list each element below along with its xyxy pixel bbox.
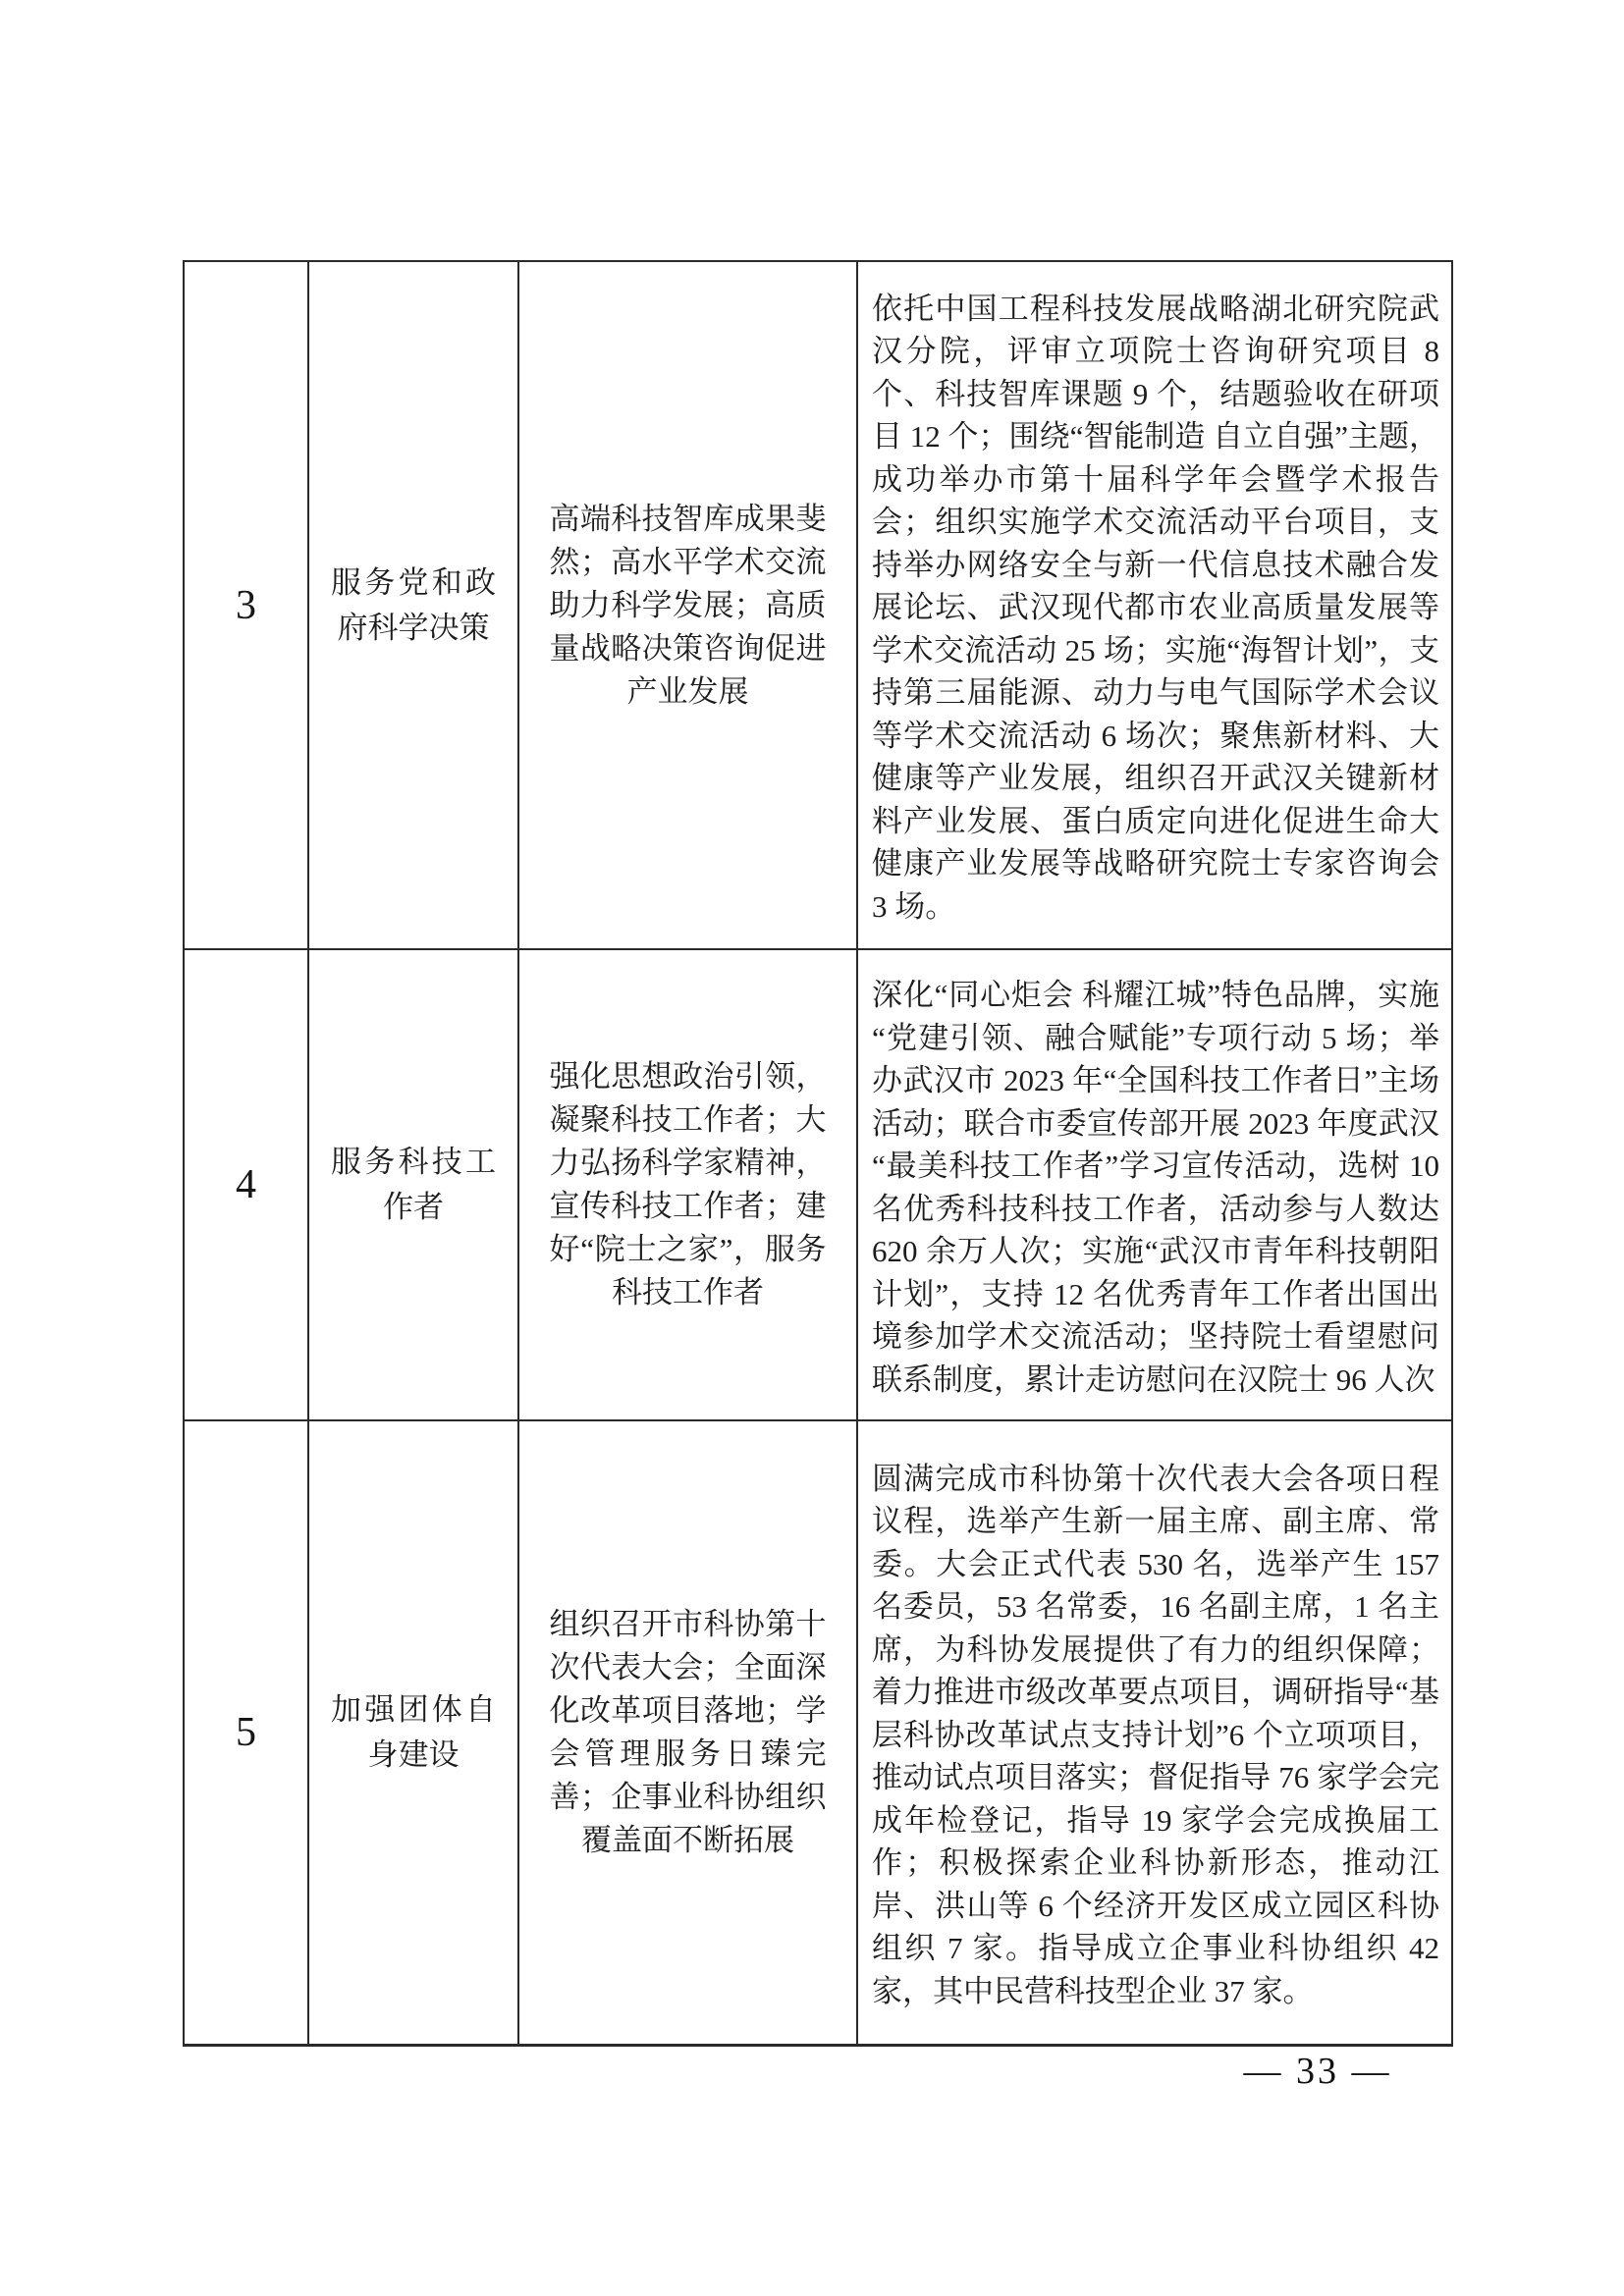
- row-category: 加强团体自身建设: [331, 1687, 496, 1778]
- page-number: — 33 —: [1160, 2050, 1476, 2093]
- row-category-cell: 加强团体自身建设: [308, 1420, 518, 2045]
- document-page: 3 服务党和政府科学决策 高端科技智库成果斐然；高水平学术交流助力科学发展；高质…: [0, 0, 1624, 2296]
- row-summary: 强化思想政治引领，凝聚科技工作者；大力弘扬科学家精神，宣传科技工作者；建好“院士…: [550, 1055, 827, 1314]
- table-row: 4 服务科技工作者 强化思想政治引领，凝聚科技工作者；大力弘扬科学家精神，宣传科…: [184, 949, 1452, 1420]
- row-detail-cell: 圆满完成市科协第十次代表大会各项日程议程，选举产生新一届主席、副主席、常委。大会…: [857, 1420, 1452, 2045]
- row-detail-cell: 深化“同心炬会 科耀江城”特色品牌，实施“党建引领、融合赋能”专项行动 5 场；…: [857, 949, 1452, 1420]
- row-category-cell: 服务党和政府科学决策: [308, 261, 518, 949]
- row-summary-cell: 高端科技智库成果斐然；高水平学术交流助力科学发展；高质量战略决策咨询促进产业发展: [518, 261, 857, 949]
- table-row: 5 加强团体自身建设 组织召开市科协第十次代表大会；全面深化改革项目落地；学会管…: [184, 1420, 1452, 2045]
- row-number: 3: [184, 261, 308, 949]
- row-detail: 依托中国工程科技发展战略湖北研究院武汉分院，评审立项院士咨询研究项目 8 个、科…: [858, 283, 1451, 929]
- row-summary: 组织召开市科协第十次代表大会；全面深化改革项目落地；学会管理服务日臻完善；企事业…: [550, 1603, 827, 1862]
- row-detail-cell: 依托中国工程科技发展战略湖北研究院武汉分院，评审立项院士咨询研究项目 8 个、科…: [857, 261, 1452, 949]
- row-category: 服务党和政府科学决策: [331, 561, 496, 651]
- row-summary-cell: 组织召开市科协第十次代表大会；全面深化改革项目落地；学会管理服务日臻完善；企事业…: [518, 1420, 857, 2045]
- row-category-cell: 服务科技工作者: [308, 949, 518, 1420]
- row-category: 服务科技工作者: [331, 1140, 496, 1230]
- row-number: 5: [184, 1420, 308, 2045]
- row-detail: 深化“同心炬会 科耀江城”特色品牌，实施“党建引领、融合赋能”专项行动 5 场；…: [858, 969, 1451, 1401]
- achievements-table: 3 服务党和政府科学决策 高端科技智库成果斐然；高水平学术交流助力科学发展；高质…: [183, 260, 1453, 2047]
- row-summary: 高端科技智库成果斐然；高水平学术交流助力科学发展；高质量战略决策咨询促进产业发展: [550, 498, 827, 714]
- table-row: 3 服务党和政府科学决策 高端科技智库成果斐然；高水平学术交流助力科学发展；高质…: [184, 261, 1452, 949]
- row-number: 4: [184, 949, 308, 1420]
- row-detail: 圆满完成市科协第十次代表大会各项日程议程，选举产生新一届主席、副主席、常委。大会…: [858, 1453, 1451, 2013]
- row-summary-cell: 强化思想政治引领，凝聚科技工作者；大力弘扬科学家精神，宣传科技工作者；建好“院士…: [518, 949, 857, 1420]
